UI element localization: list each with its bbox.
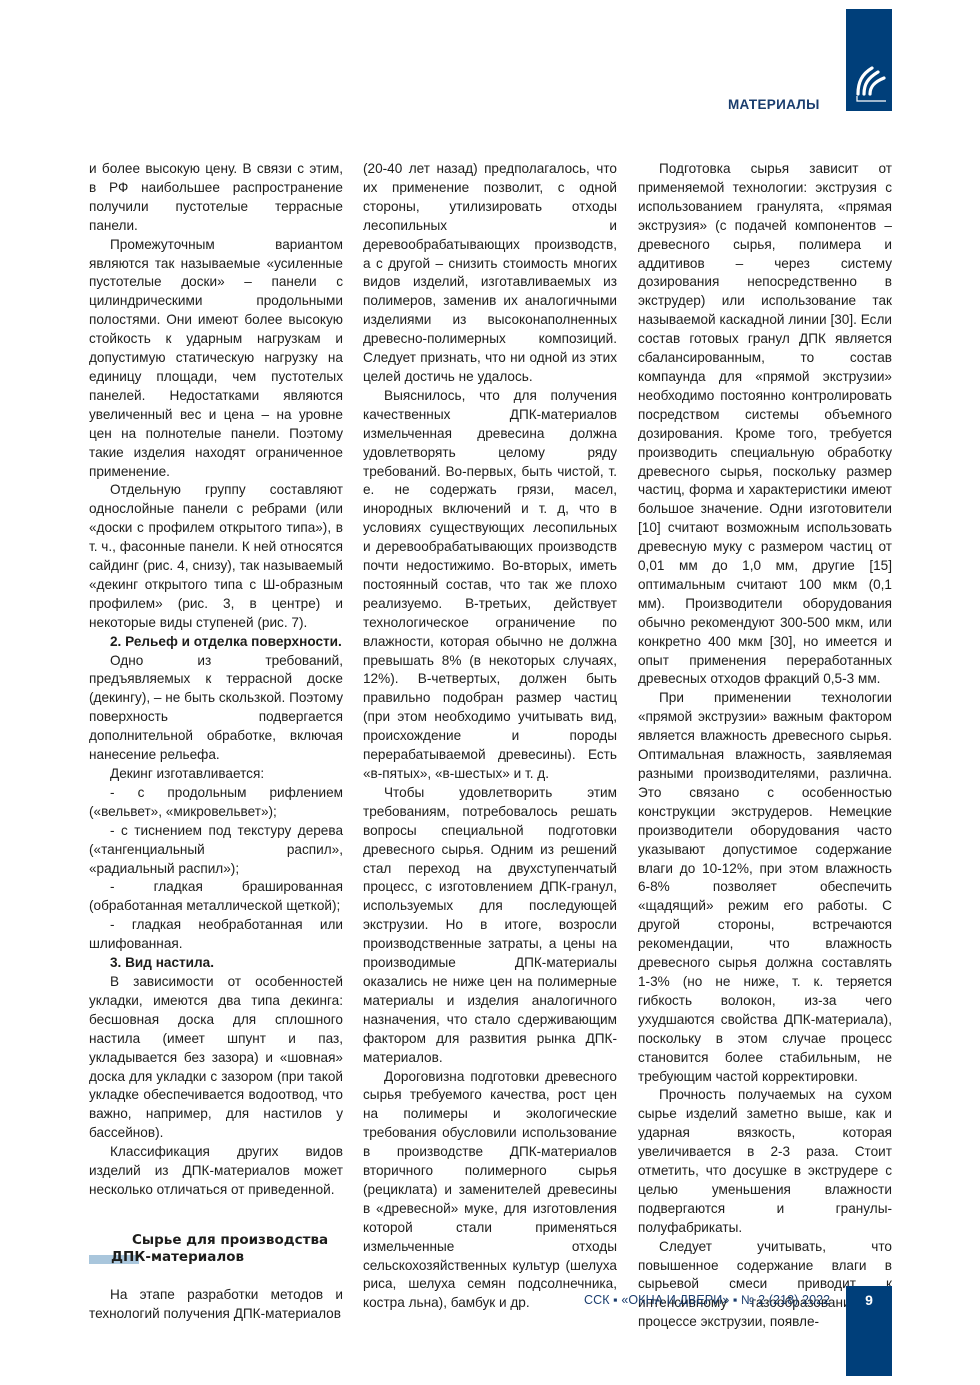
paragraph: При применении технологии «прямой экстру… (638, 689, 892, 1086)
list-item: - с продольным рифлением («вельвет», «ми… (89, 784, 343, 822)
text-column-3: Подготовка сырья зависит от применяемой … (638, 160, 892, 1332)
section-heading-block: Сырье для производства ДПК-материалов (89, 1232, 343, 1266)
list-item: - гладкая брашированная (обработанная ме… (89, 878, 343, 916)
list-item: - гладкая необработанная или шлифованная… (89, 916, 343, 954)
paragraph: (20-40 лет назад) предполагалось, что их… (363, 160, 617, 387)
paragraph: Дороговизна подготовки древесного сырья … (363, 1068, 617, 1314)
paragraph: Прочность получаемых на сухом сырье изде… (638, 1086, 892, 1237)
paragraph: Чтобы удовлетворить этим требованиям, по… (363, 784, 617, 1068)
footer-publication: ССК ▪ «ОКНА И ДВЕРИ» ▪ № 2 (218) 2022 (584, 1293, 830, 1307)
subheading: 2. Рельеф и отделка поверхности. (89, 633, 343, 652)
subheading: 3. Вид настила. (89, 954, 343, 973)
magazine-logo-icon (852, 60, 888, 106)
text-column-1: и более высокую цену. В связи с этим, в … (89, 160, 343, 1324)
paragraph: Подготовка сырья зависит от применяемой … (638, 160, 892, 689)
paragraph: В зависимости от особенностей укладки, и… (89, 973, 343, 1143)
paragraph: На этапе разработки методов и технологий… (89, 1286, 343, 1324)
paragraph: Декинг изготавливается: (89, 765, 343, 784)
paragraph: Одно из требований, предъявляемых к терр… (89, 652, 343, 765)
paragraph: Выяснилось, что для получения качественн… (363, 387, 617, 784)
section-label: МАТЕРИАЛЫ (728, 97, 820, 112)
paragraph: Отдельную группу составляют однослойные … (89, 481, 343, 632)
paragraph: и более высокую цену. В связи с этим, в … (89, 160, 343, 236)
text-column-2: (20-40 лет назад) предполагалось, что их… (363, 160, 617, 1313)
paragraph: Классификация других видов изделий из ДП… (89, 1143, 343, 1200)
list-item: - с тиснением под текстуру дерева («танг… (89, 822, 343, 879)
paragraph: Промежуточным вариантом являются так наз… (89, 236, 343, 482)
section-heading: Сырье для производства ДПК-материалов (89, 1232, 343, 1266)
page-number: 9 (846, 1292, 892, 1308)
